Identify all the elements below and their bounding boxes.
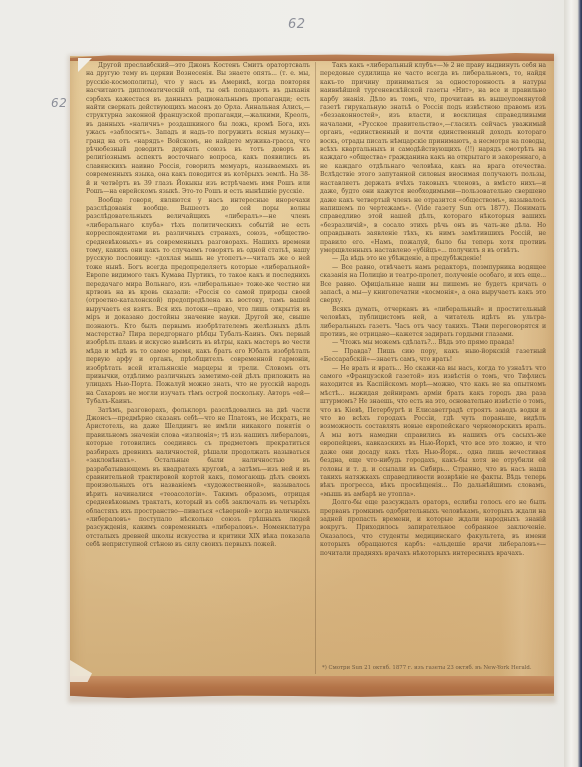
paragraph: Всякъ думать, отчерканъ въ «либеральный»… (320, 306, 546, 340)
paragraph: — Не врать и врать... Но скажи-ка вы нас… (320, 365, 546, 500)
page-binding-edge (564, 0, 582, 767)
paragraph: Затѣмъ, разговорахъ, фольклоръ разслѣдов… (86, 407, 310, 550)
paragraph: Такъ какъ «либеральный клубъ»—№ 2 не пра… (320, 62, 546, 255)
paragraph: — Правда? Пишь сию пору, какъ ныю-йоркск… (320, 348, 546, 365)
article-column-left: Другой преславбский—это Джонъ Костенъ См… (86, 62, 310, 672)
paragraph: — Все равно, отвѣчаетъ намъ редакторъ, п… (320, 264, 546, 306)
article-column-right: Такъ какъ «либеральный клубъ»—№ 2 не пра… (320, 62, 546, 672)
footnote: *) Смотри Sun 21 октяб. 1877 г. изъ газе… (322, 665, 542, 672)
paragraph: Другой преславбский—это Джонъ Костенъ См… (86, 62, 310, 197)
handwritten-page-number-top: 62 (288, 17, 306, 32)
paragraph: — Да вѣдь это не убѣжденіе, а предубѣжде… (320, 255, 546, 263)
column-divider (315, 62, 316, 674)
paragraph: Вообще говоря, являются у насъ интересны… (86, 197, 310, 407)
handwritten-page-number-margin: 62 (51, 96, 67, 110)
paragraph: Долго-бы еще разсуждалъ ораторъ, еслибы … (320, 499, 546, 558)
paragraph: — Чтожъ мы можемъ сдѣлать?... Вѣдь это п… (320, 339, 546, 347)
